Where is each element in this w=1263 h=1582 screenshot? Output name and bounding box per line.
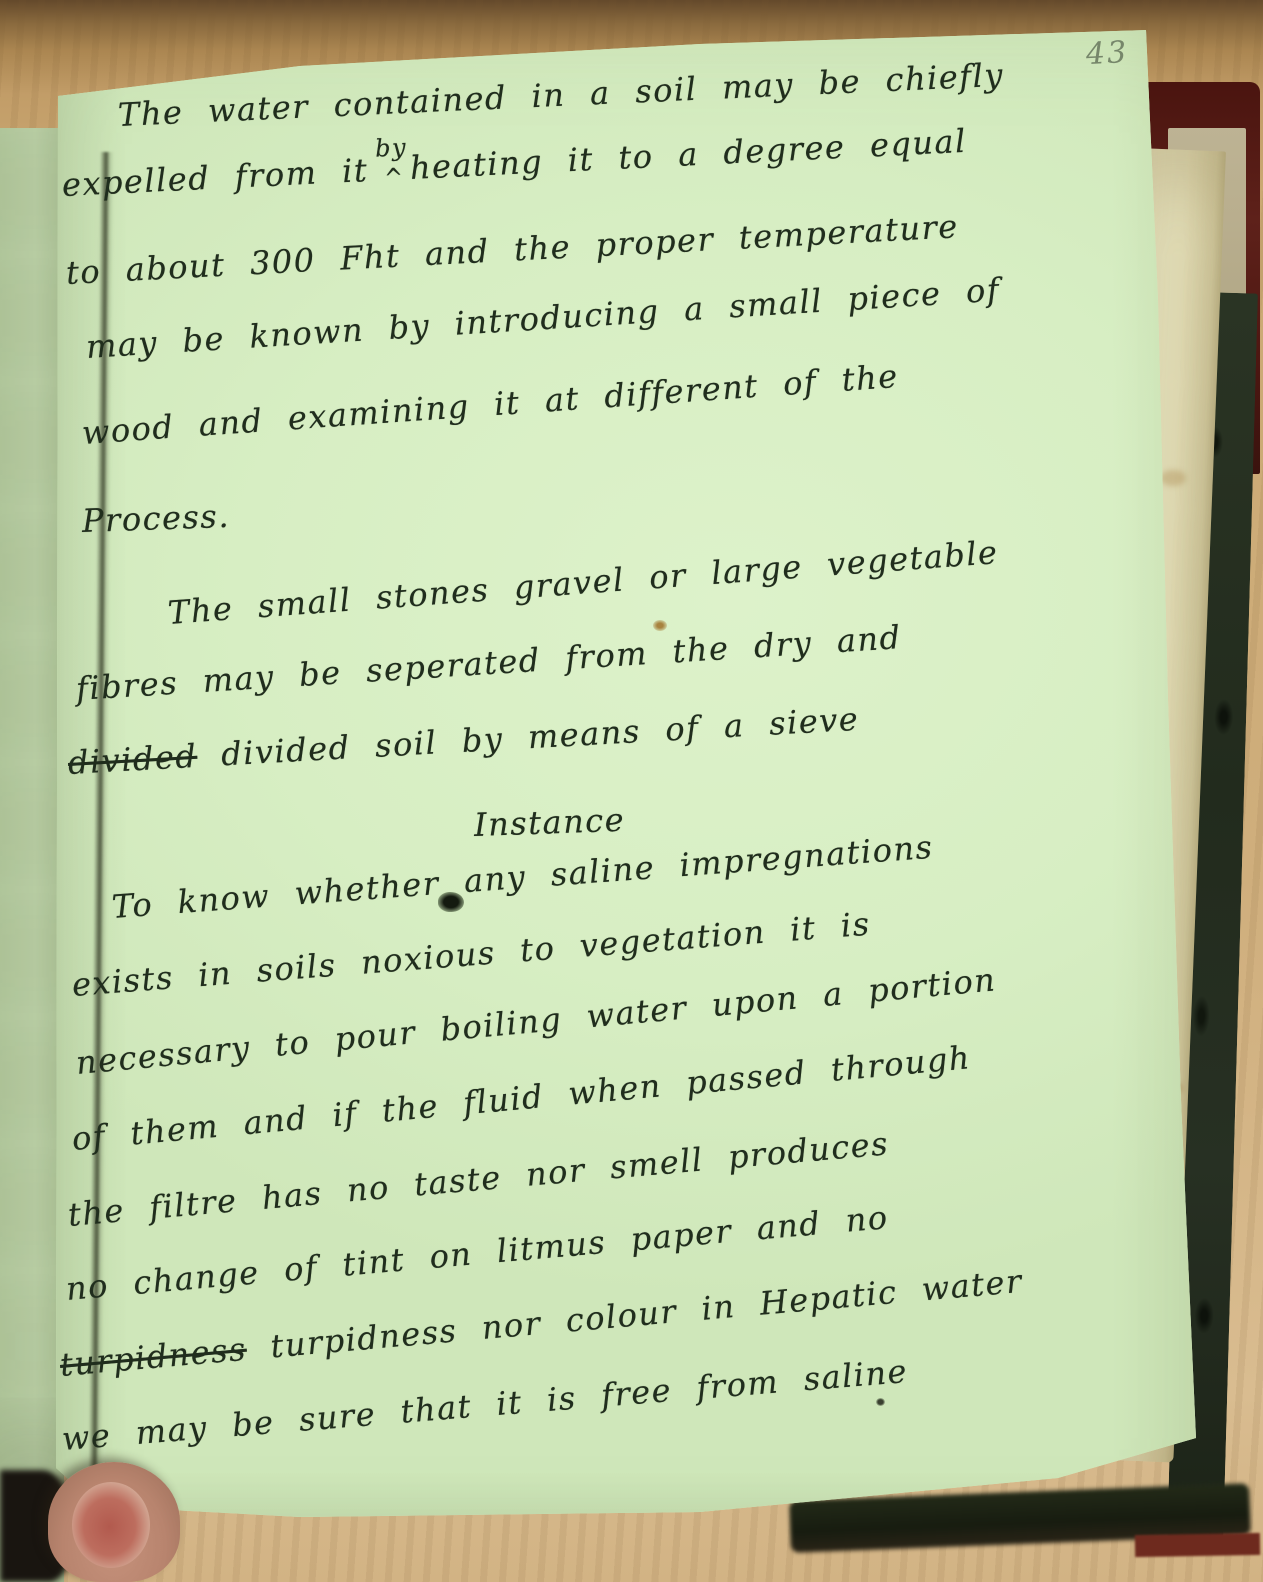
line-text: divided soil by means of a sieve bbox=[220, 700, 860, 774]
manuscript-heading-instance: Instance bbox=[473, 801, 625, 844]
manuscript-line: expelled from itby^heating it to a degre… bbox=[61, 122, 968, 204]
manuscript-line: The water contained in a soil may be chi… bbox=[117, 56, 1004, 134]
manuscript-line: to about 300 Fht and the proper temperat… bbox=[65, 207, 960, 292]
ink-blot bbox=[438, 892, 464, 912]
manuscript-line: The small stones gravel or large vegetab… bbox=[167, 533, 1000, 632]
manuscript-line: fibres may be seperated from the dry and bbox=[75, 618, 903, 708]
struck-word: divided bbox=[67, 737, 198, 782]
line-text: heating it to a degree equal bbox=[409, 122, 968, 187]
paper-stain bbox=[653, 620, 667, 631]
thumb-nail bbox=[72, 1482, 150, 1568]
caret-insertion-mark: ^ bbox=[384, 164, 405, 195]
paper-speck bbox=[876, 1398, 885, 1406]
manuscript-line: may be known by introducing a small piec… bbox=[85, 271, 1001, 366]
manuscript-line: divideddivided soil by means of a sieve bbox=[67, 700, 860, 782]
inserted-word-above-line: by bbox=[374, 133, 407, 163]
handwriting-layer: 43 The water contained in a soil may be … bbox=[0, 0, 1263, 1582]
manuscript-line: wood and examining it at different of th… bbox=[81, 357, 900, 452]
line-text: expelled from it bbox=[61, 151, 369, 204]
page-number: 43 bbox=[1085, 35, 1129, 72]
struck-word: turpidness bbox=[58, 1330, 248, 1384]
manuscript-line: Process. bbox=[81, 497, 230, 540]
